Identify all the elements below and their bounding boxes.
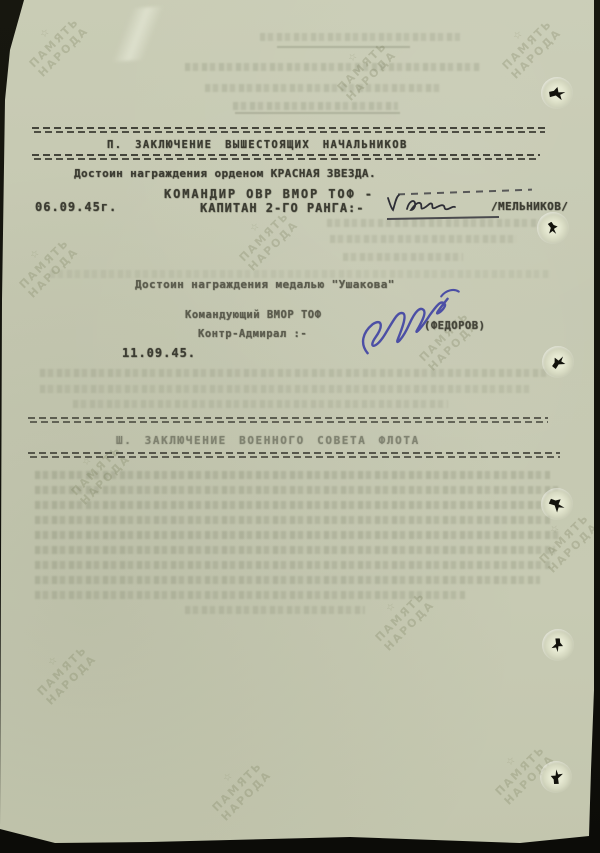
commander-rank-line: КАПИТАН 2-ГО РАНГА:- [200,201,365,215]
bleedthrough-rule [235,112,400,114]
bleedthrough-line [327,219,540,227]
punch-hole [540,761,572,793]
bleedthrough-line [343,253,463,261]
punch-hole [541,488,573,520]
separator-line [32,127,545,134]
signer-name-fedorov: (ФЕДОРОВ) [424,320,485,332]
bleedthrough-line [35,501,555,509]
section3-heading: Ш. ЗАКЛЮЧЕНИЕ ВОЕННОГО СОВЕТА ФЛОТА [116,434,420,447]
bleedthrough-line [35,531,560,539]
watermark: ☆ПАМЯТЬНАРОДА [201,750,274,823]
fleet-commander-rank: Контр-Адмирал :- [198,328,307,340]
bleedthrough-line [233,102,398,110]
bleedthrough-line [35,516,550,524]
separator-line [32,154,540,161]
scanned-award-document: ☆ПАМЯТЬНАРОДА ☆ПАМЯТЬНАРОДА ☆ПАМЯТЬНАРОД… [0,0,600,853]
bleedthrough-line [73,400,448,408]
fleet-commander-title: Командующий ВМОР ТОФ [185,309,321,321]
section2-heading: П. ЗАКЛЮЧЕНИЕ ВЫШЕСТОЯЩИХ НАЧАЛЬНИКОВ [107,139,408,151]
punch-hole [542,629,574,661]
bleedthrough-line [35,471,550,479]
bleedthrough-line [205,84,440,92]
paper-sheet: ☆ПАМЯТЬНАРОДА ☆ПАМЯТЬНАРОДА ☆ПАМЯТЬНАРОД… [0,0,600,853]
bleedthrough-line [35,561,550,569]
bleedthrough-line [40,385,530,393]
separator-line [28,452,560,459]
date-superiors: 06.09.45г. [35,200,117,214]
watermark: ☆ПАМЯТЬНАРОДА [8,227,81,300]
commander-title-line: КОМАНДИР ОВР ВМОР ТОФ - [164,187,374,201]
bleedthrough-line [35,546,555,554]
award-statement-ushakov: Достоин награждения медалью "Ушакова" [135,278,395,291]
award-statement-red-star: Достоин награждения орденом КРАСНАЯ ЗВЕЗ… [74,167,376,180]
punch-hole [542,346,574,378]
bleedthrough-rule [277,46,410,48]
bleedthrough-line [185,63,480,71]
bleedthrough-line [330,235,517,243]
bleedthrough-line [50,270,550,278]
bleedthrough-line [260,33,460,41]
separator-line [28,417,548,424]
bleedthrough-line [40,369,550,377]
bleedthrough-line [35,576,540,584]
watermark: ☆ПАМЯТЬНАРОДА [26,634,99,707]
bleedthrough-line [185,606,365,614]
bleedthrough-line [35,486,560,494]
date-ushakov: 11.09.45. [122,346,196,360]
punch-hole [537,212,569,244]
bleedthrough-line [35,591,465,599]
watermark: ☆ПАМЯТЬНАРОДА [491,8,564,81]
signer-name-melnikov: /МЕЛЬНИКОВ/ [491,200,568,213]
punch-hole [541,77,573,109]
